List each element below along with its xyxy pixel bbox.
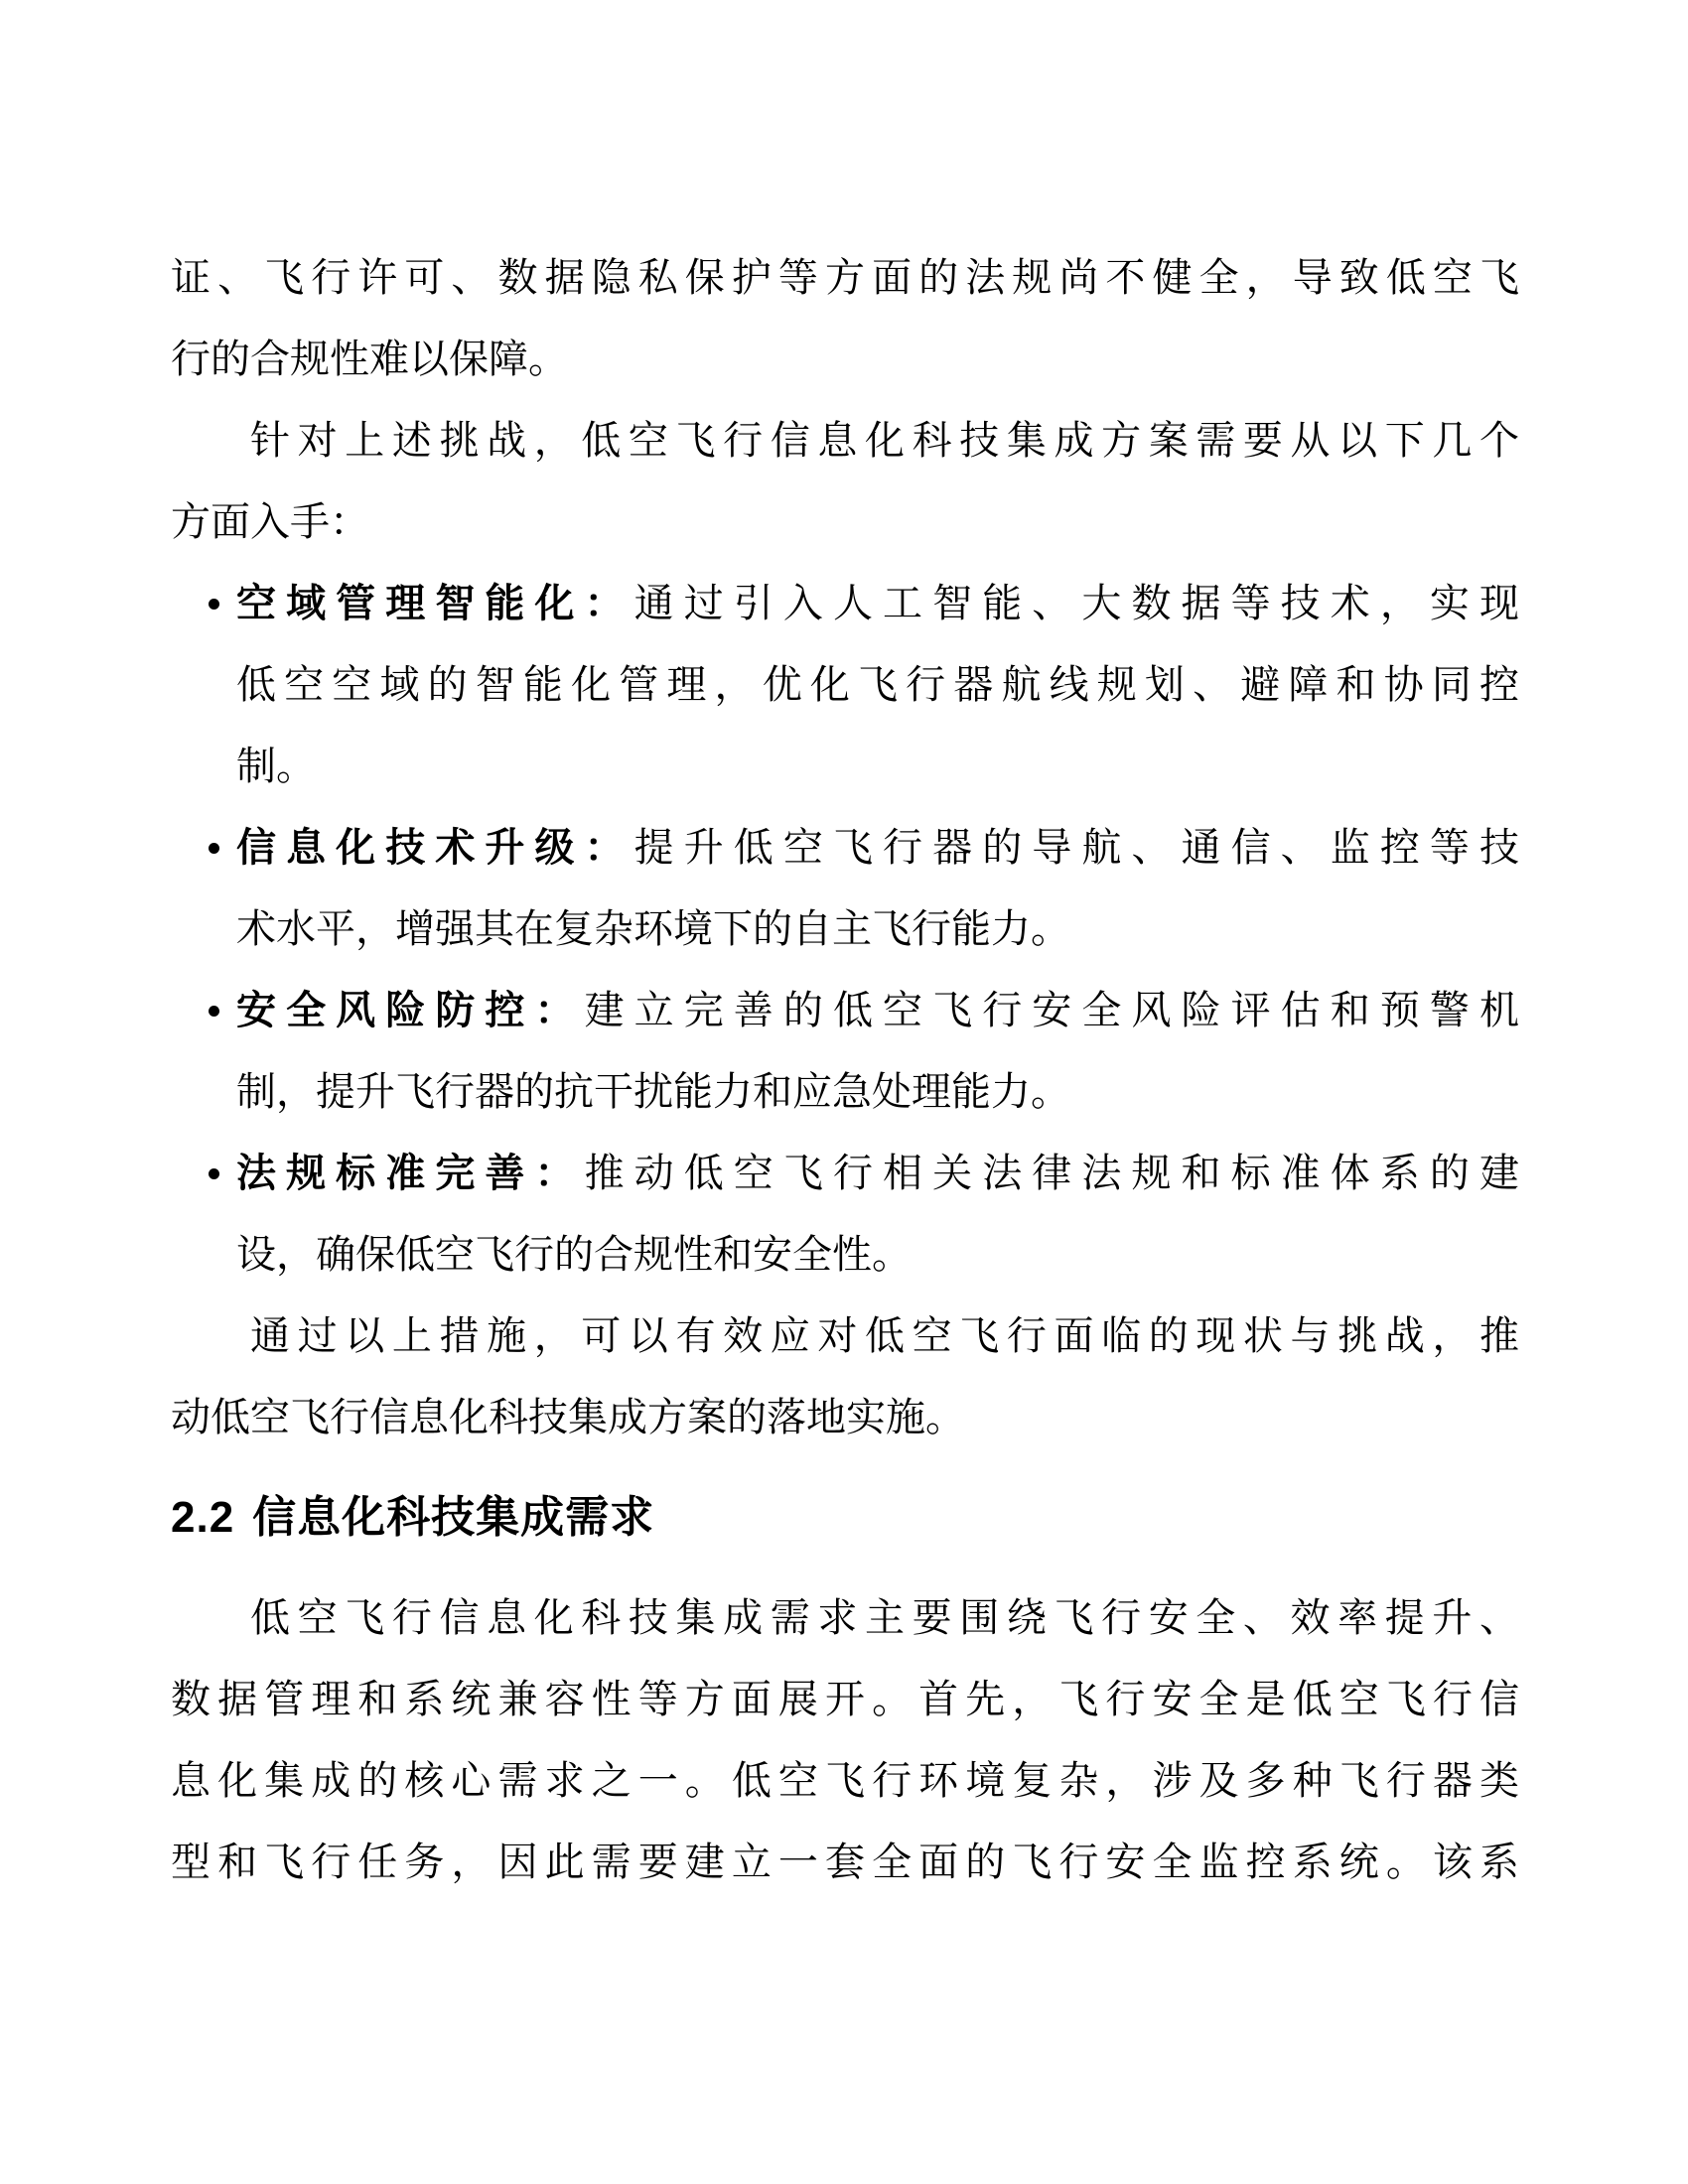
text-line: 行的合规性难以保障。 <box>171 319 1519 400</box>
bullet-item-regulation-standard: 法规标准完善：推动低空飞行相关法律法规和标准体系的建 设，确保低空飞行的合规性和… <box>171 1133 1519 1296</box>
bullet-icon <box>209 1006 219 1017</box>
text-line: 低空飞行信息化科技集成需求主要围绕飞行安全、效率提升、 <box>171 1577 1519 1659</box>
document-page: 证、飞行许可、数据隐私保护等方面的法规尚不健全，导致低空飞 行的合规性难以保障。… <box>0 0 1688 2184</box>
bullet-first-line: 空域管理智能化：通过引入人工智能、大数据等技术，实现 <box>236 563 1519 644</box>
text-line: 动低空飞行信息化科技集成方案的落地实施。 <box>171 1377 1519 1458</box>
section-heading-2-2: 2.2信息化科技集成需求 <box>171 1486 1519 1550</box>
bullet-icon <box>209 843 219 854</box>
bullet-first-line: 安全风险防控：建立完善的低空飞行安全风险评估和预警机 <box>236 970 1519 1051</box>
bullet-text: 通过引入人工智能、大数据等技术，实现 <box>634 581 1519 625</box>
text-line: 制。 <box>236 726 1519 807</box>
text-line: 设，确保低空飞行的合规性和安全性。 <box>236 1214 1519 1296</box>
bullet-term: 信息化技术升级： <box>236 825 634 870</box>
section-number: 2.2 <box>171 1493 234 1542</box>
bullet-text: 推动低空飞行相关法律法规和标准体系的建 <box>585 1151 1519 1195</box>
text-line: 低空空域的智能化管理，优化飞行器航线规划、避障和协同控 <box>236 644 1519 726</box>
bullet-term: 法规标准完善： <box>236 1151 585 1195</box>
paragraph-regulation-gap: 证、飞行许可、数据隐私保护等方面的法规尚不健全，导致低空飞 行的合规性难以保障。 <box>171 237 1519 400</box>
text-line: 通过以上措施，可以有效应对低空飞行面临的现状与挑战，推 <box>171 1296 1519 1377</box>
bullet-term: 安全风险防控： <box>236 988 585 1032</box>
bullet-term: 空域管理智能化： <box>236 581 634 625</box>
bullet-icon <box>209 1168 219 1179</box>
text-line: 息化集成的核心需求之一。低空飞行环境复杂，涉及多种飞行器类 <box>171 1740 1519 1822</box>
text-line: 数据管理和系统兼容性等方面展开。首先，飞行安全是低空飞行信 <box>171 1659 1519 1740</box>
bullet-item-safety-risk: 安全风险防控：建立完善的低空飞行安全风险评估和预警机 制，提升飞行器的抗干扰能力… <box>171 970 1519 1133</box>
bullet-item-airspace-management: 空域管理智能化：通过引入人工智能、大数据等技术，实现 低空空域的智能化管理，优化… <box>171 563 1519 807</box>
paragraph-integration-requirements: 低空飞行信息化科技集成需求主要围绕飞行安全、效率提升、 数据管理和系统兼容性等方… <box>171 1577 1519 1903</box>
bullet-text: 提升低空飞行器的导航、通信、监控等技 <box>634 825 1519 870</box>
text-line: 证、飞行许可、数据隐私保护等方面的法规尚不健全，导致低空飞 <box>171 237 1519 319</box>
text-line: 针对上述挑战，低空飞行信息化科技集成方案需要从以下几个 <box>171 400 1519 481</box>
bullet-item-it-upgrade: 信息化技术升级：提升低空飞行器的导航、通信、监控等技 术水平，增强其在复杂环境下… <box>171 807 1519 970</box>
bullet-first-line: 信息化技术升级：提升低空飞行器的导航、通信、监控等技 <box>236 807 1519 888</box>
section-title: 信息化科技集成需求 <box>252 1493 654 1542</box>
text-line: 型和飞行任务，因此需要建立一套全面的飞行安全监控系统。该系 <box>171 1822 1519 1903</box>
bullet-first-line: 法规标准完善：推动低空飞行相关法律法规和标准体系的建 <box>236 1133 1519 1214</box>
bullet-icon <box>209 599 219 610</box>
text-line: 方面入手： <box>171 481 1519 563</box>
paragraph-closing-measures: 通过以上措施，可以有效应对低空飞行面临的现状与挑战，推 动低空飞行信息化科技集成… <box>171 1296 1519 1458</box>
bullet-text: 建立完善的低空飞行安全风险评估和预警机 <box>585 988 1519 1032</box>
text-line: 术水平，增强其在复杂环境下的自主飞行能力。 <box>236 888 1519 970</box>
text-line: 制，提升飞行器的抗干扰能力和应急处理能力。 <box>236 1051 1519 1133</box>
paragraph-intro-challenges: 针对上述挑战，低空飞行信息化科技集成方案需要从以下几个 方面入手： <box>171 400 1519 563</box>
document-content: 证、飞行许可、数据隐私保护等方面的法规尚不健全，导致低空飞 行的合规性难以保障。… <box>171 237 1519 1903</box>
